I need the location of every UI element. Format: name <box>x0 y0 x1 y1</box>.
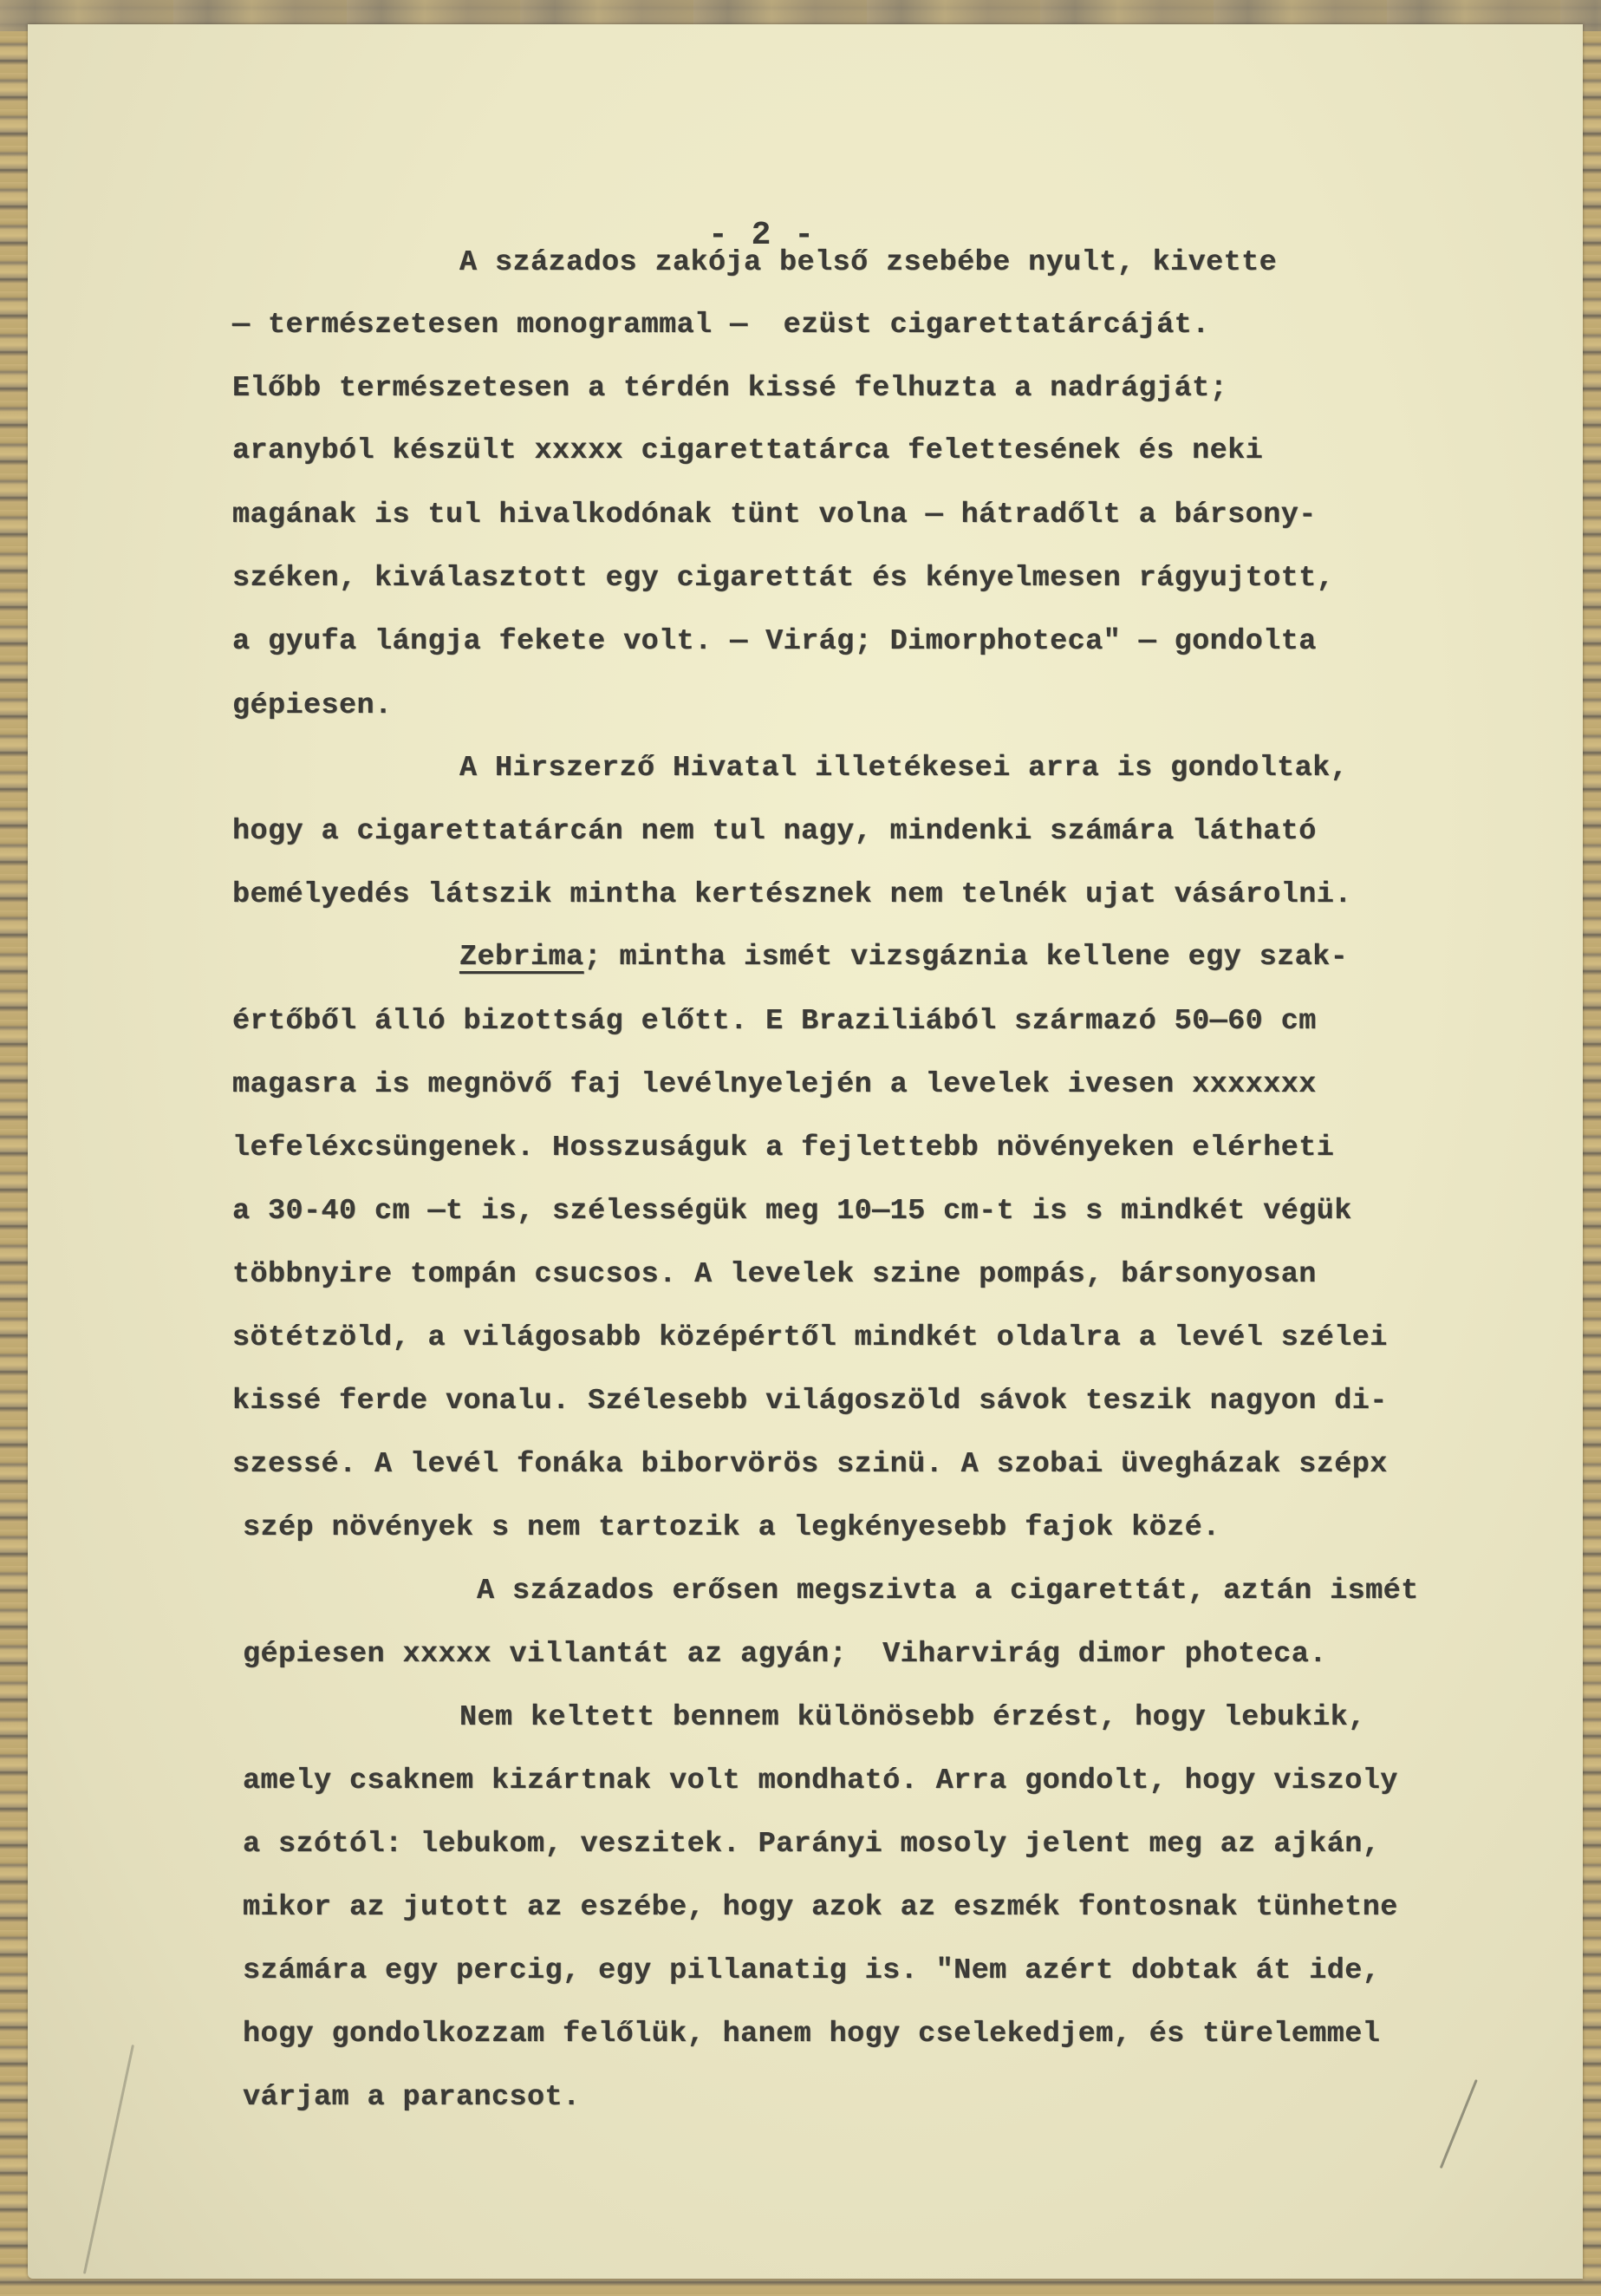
line-rest: ; mintha ismét vizsgáznia kellene egy sz… <box>584 941 1349 974</box>
text-line: aranyból készült xxxxx cigarettatárca fe… <box>232 434 1263 467</box>
text-line: A százados erősen megszivta a cigarettát… <box>477 1575 1419 1608</box>
typewritten-page: - 2 - A százados zakója belső zsebébe ny… <box>28 24 1583 2279</box>
text-line: — természetesen monogrammal — ezüst ciga… <box>232 309 1210 342</box>
text-line: kissé ferde vonalu. Szélesebb világoszöl… <box>232 1385 1388 1418</box>
text-line: lefeléxcsüngenek. Hosszuságuk a fejlette… <box>232 1132 1334 1164</box>
text-line: gépiesen. <box>232 689 393 722</box>
typewritten-body: A százados zakója belső zsebébe nyult, k… <box>28 24 1583 2279</box>
text-line: gépiesen xxxxx villantát az agyán; Vihar… <box>243 1638 1327 1671</box>
text-line: A Hirszerző Hivatal illetékesei arra is … <box>459 752 1348 785</box>
text-line: magának is tul hivalkodónak tünt volna —… <box>232 499 1317 532</box>
text-line: amely csaknem kizártnak volt mondható. A… <box>243 1764 1398 1797</box>
text-line: többnyire tompán csucsos. A levelek szin… <box>232 1258 1317 1291</box>
text-line: széken, kiválasztott egy cigarettát és k… <box>232 562 1334 595</box>
text-line: bemélyedés látszik mintha kertésznek nem… <box>232 878 1352 911</box>
text-line: értőből álló bizottság előtt. E Braziliá… <box>232 1005 1317 1038</box>
text-line: szessé. A levél fonáka biborvörös szinü.… <box>232 1448 1388 1481</box>
text-line: mikor az jutott az eszébe, hogy azok az … <box>243 1891 1398 1924</box>
text-line: szép növények s nem tartozik a legkényes… <box>243 1511 1220 1544</box>
text-line: A százados zakója belső zsebébe nyult, k… <box>459 246 1277 279</box>
text-line: hogy a cigarettatárcán nem tul nagy, min… <box>232 815 1317 848</box>
text-line: a gyufa lángja fekete volt. — Virág; Dim… <box>232 625 1317 658</box>
text-line: Nem keltett bennem különösebb érzést, ho… <box>459 1701 1366 1734</box>
text-line: hogy gondolkozzam felőlük, hanem hogy cs… <box>243 2018 1380 2051</box>
text-line: sötétzöld, a világosabb középértől mindk… <box>232 1321 1388 1354</box>
text-line: várjam a parancsot. <box>243 2081 581 2114</box>
text-line: a szótól: lebukom, veszitek. Parányi mos… <box>243 1828 1380 1861</box>
underlined-word: Zebrima <box>459 941 584 974</box>
text-line: számára egy percig, egy pillanatig is. "… <box>243 1954 1380 1987</box>
text-line: Előbb természetesen a térdén kissé felhu… <box>232 372 1227 405</box>
text-line: magasra is megnövő faj levélnyelején a l… <box>232 1068 1317 1101</box>
text-line: Zebrima; mintha ismét vizsgáznia kellene… <box>459 941 1348 974</box>
text-line: a 30-40 cm —t is, szélességük meg 10—15 … <box>232 1195 1352 1228</box>
